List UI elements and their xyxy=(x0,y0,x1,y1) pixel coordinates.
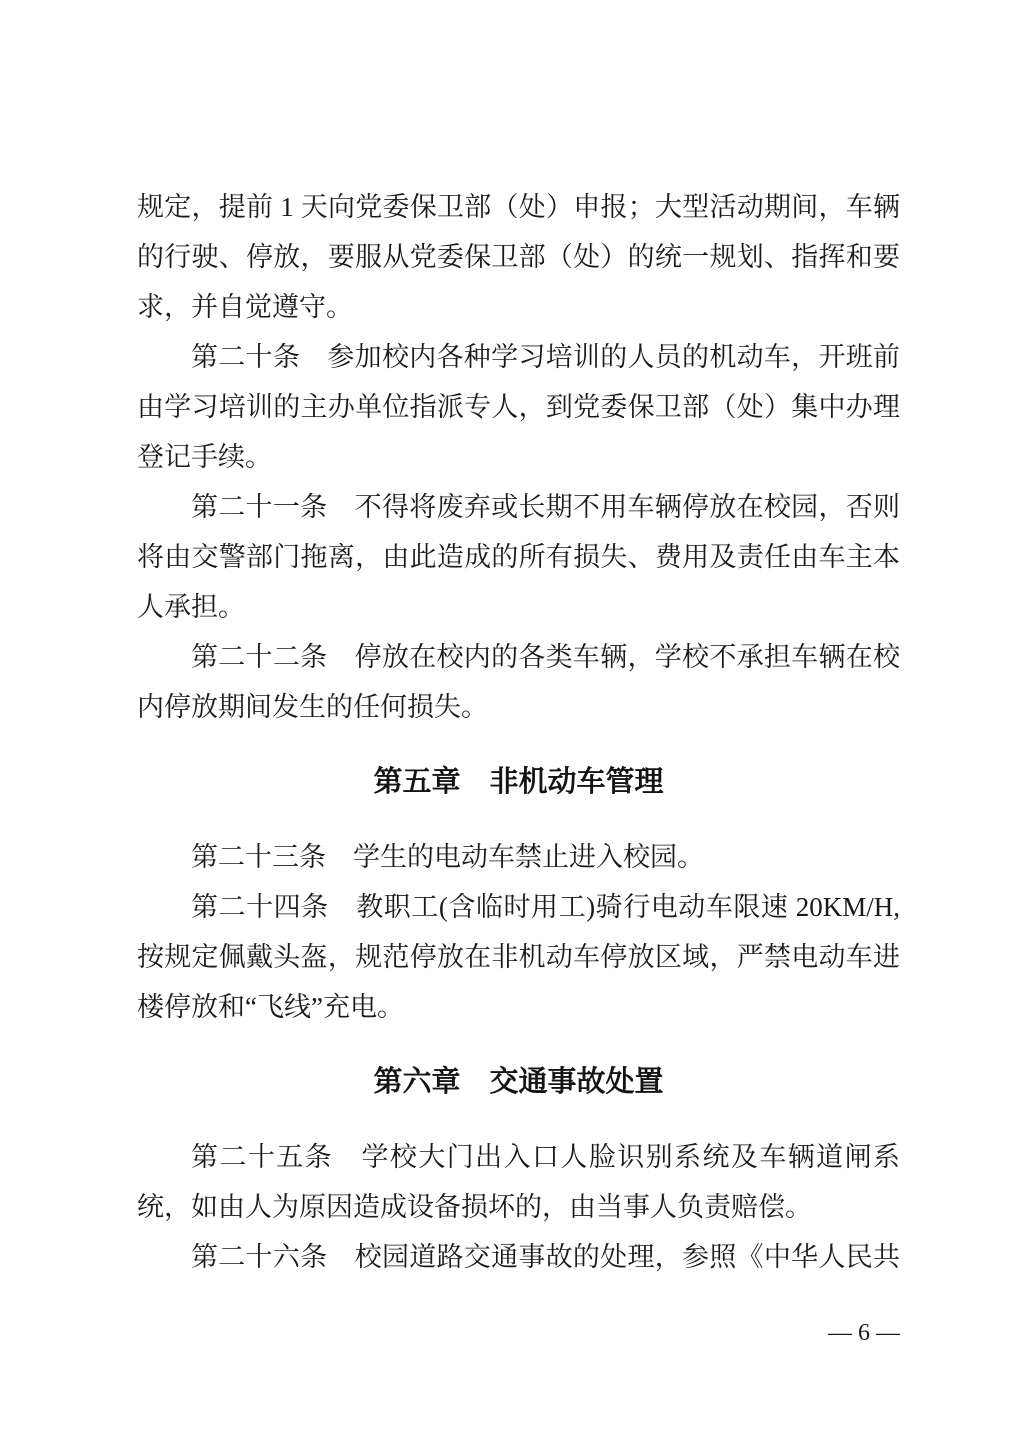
paragraph-continuation: 规定，提前 1 天向党委保卫部（处）申报；大型活动期间，车辆 的行驶、停放，要服… xyxy=(137,182,900,332)
text-line: 登记手续。 xyxy=(137,432,900,482)
text-line: 求，并自觉遵守。 xyxy=(137,282,900,332)
chapter-6-heading: 第六章 交通事故处置 xyxy=(137,1057,900,1107)
document-body: 规定，提前 1 天向党委保卫部（处）申报；大型活动期间，车辆 的行驶、停放，要服… xyxy=(137,182,900,1282)
text-line: 第二十五条 学校大门出入口人脸识别系统及车辆道闸系 xyxy=(137,1132,900,1182)
article-20-paragraph: 第二十条 参加校内各种学习培训的人员的机动车，开班前 由学习培训的主办单位指派专… xyxy=(137,332,900,482)
text-line: 第二十条 参加校内各种学习培训的人员的机动车，开班前 xyxy=(137,332,900,382)
text-line: 第二十三条 学生的电动车禁止进入校园。 xyxy=(137,832,900,882)
article-26-paragraph: 第二十六条 校园道路交通事故的处理，参照《中华人民共 xyxy=(137,1232,900,1282)
text-line: 第二十六条 校园道路交通事故的处理，参照《中华人民共 xyxy=(137,1232,900,1282)
page-number: — 6 — xyxy=(828,1318,900,1348)
text-line: 统，如由人为原因造成设备损坏的，由当事人负责赔偿。 xyxy=(137,1182,900,1232)
article-25-paragraph: 第二十五条 学校大门出入口人脸识别系统及车辆道闸系 统，如由人为原因造成设备损坏… xyxy=(137,1132,900,1232)
article-23-paragraph: 第二十三条 学生的电动车禁止进入校园。 xyxy=(137,832,900,882)
text-line: 按规定佩戴头盔，规范停放在非机动车停放区域，严禁电动车进 xyxy=(137,932,900,982)
article-21-paragraph: 第二十一条 不得将废弃或长期不用车辆停放在校园，否则 将由交警部门拖离，由此造成… xyxy=(137,482,900,632)
text-line: 第二十一条 不得将废弃或长期不用车辆停放在校园，否则 xyxy=(137,482,900,532)
text-line: 将由交警部门拖离，由此造成的所有损失、费用及责任由车主本 xyxy=(137,532,900,582)
document-page: 规定，提前 1 天向党委保卫部（处）申报；大型活动期间，车辆 的行驶、停放，要服… xyxy=(0,0,1024,1448)
text-line: 由学习培训的主办单位指派专人，到党委保卫部（处）集中办理 xyxy=(137,382,900,432)
text-line: 的行驶、停放，要服从党委保卫部（处）的统一规划、指挥和要 xyxy=(137,232,900,282)
text-line: 规定，提前 1 天向党委保卫部（处）申报；大型活动期间，车辆 xyxy=(137,182,900,232)
article-24-paragraph: 第二十四条 教职工(含临时用工)骑行电动车限速 20KM/H, 按规定佩戴头盔，… xyxy=(137,882,900,1032)
text-line: 人承担。 xyxy=(137,582,900,632)
article-22-paragraph: 第二十二条 停放在校内的各类车辆，学校不承担车辆在校 内停放期间发生的任何损失。 xyxy=(137,632,900,732)
text-line: 内停放期间发生的任何损失。 xyxy=(137,682,900,732)
text-line: 第二十二条 停放在校内的各类车辆，学校不承担车辆在校 xyxy=(137,632,900,682)
text-line: 第二十四条 教职工(含临时用工)骑行电动车限速 20KM/H, xyxy=(137,882,900,932)
text-line: 楼停放和“飞线”充电。 xyxy=(137,982,900,1032)
chapter-5-heading: 第五章 非机动车管理 xyxy=(137,757,900,807)
